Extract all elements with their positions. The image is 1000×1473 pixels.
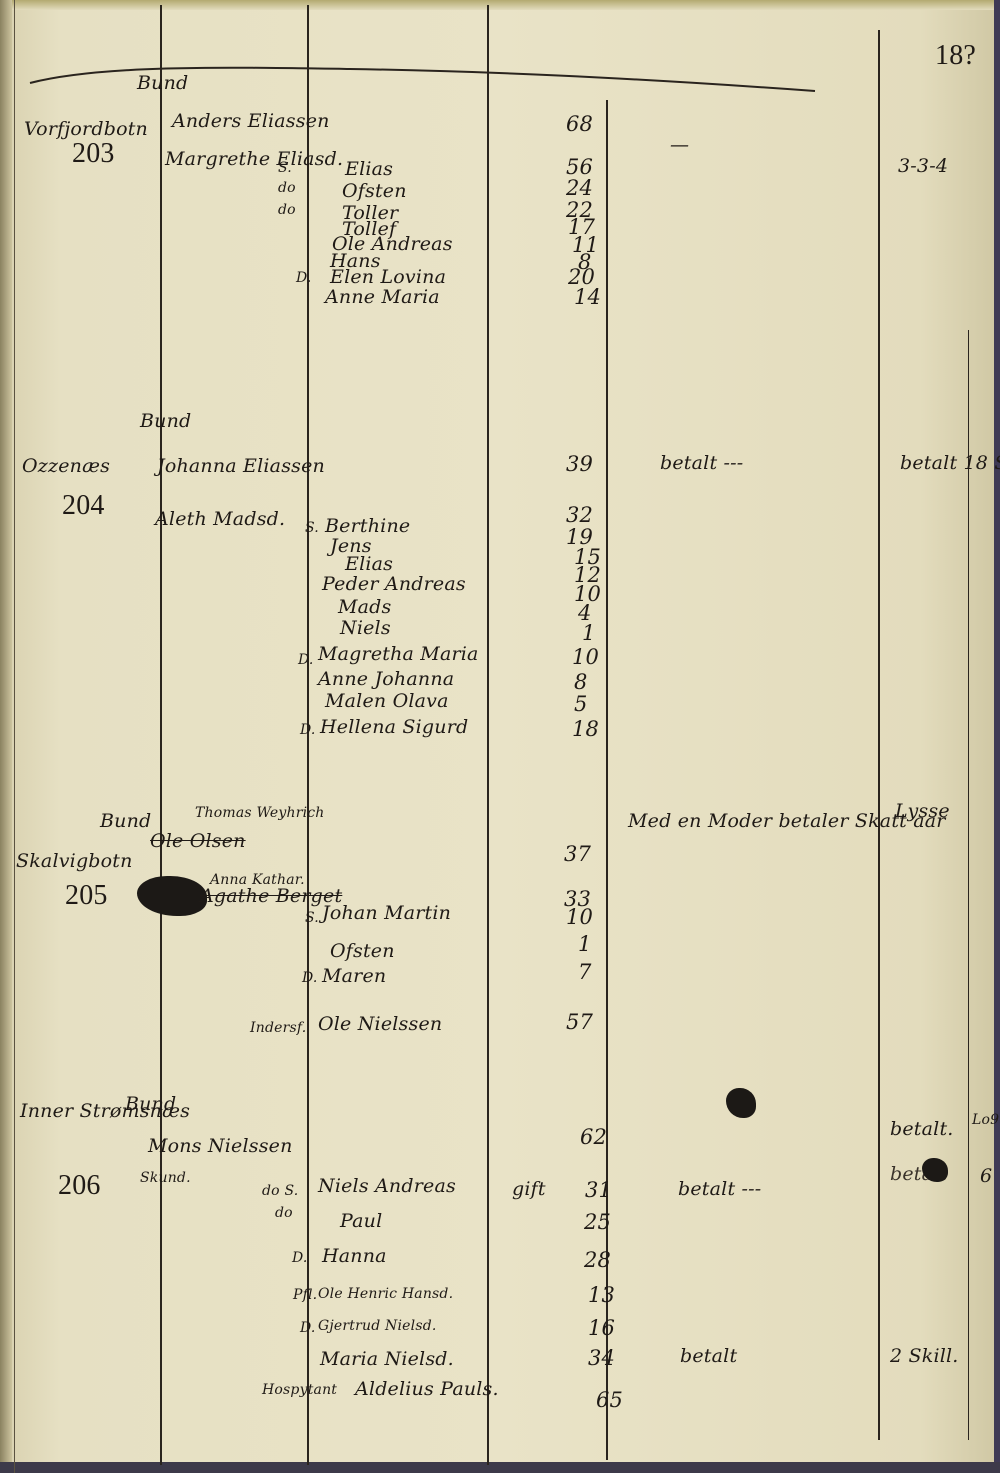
child-marker: do [275,1205,293,1221]
child-name: Ole Henric Hansd. [318,1286,453,1302]
notes: betalt --- [678,1178,761,1200]
age: 10 [572,645,599,669]
head-name: Thomas Weyhrich [195,805,325,821]
child-name: Anne Maria [325,286,440,308]
age: 32 [566,503,593,527]
age: 14 [574,285,601,309]
age: 5 [574,692,588,716]
child-name: Johan Martin [322,902,451,924]
notes: betalt [680,1345,737,1367]
child-name: Peder Andreas [322,573,466,595]
child-name: Elias [345,158,393,180]
age: 57 [566,1010,593,1034]
age: 16 [588,1316,615,1340]
child-name: Hellena Sigurd [320,716,468,738]
age: 39 [566,452,593,476]
child-name: Malen Olava [325,690,449,712]
child-name: Maren [322,965,386,987]
age: 13 [588,1283,615,1307]
lodger-marker: Hospytant [262,1382,337,1398]
notes: betalt --- [660,452,743,474]
age: 1 [582,621,596,645]
child-name: Niels [340,617,391,639]
child-marker: D. [296,270,312,286]
household-number: 205 [65,880,108,912]
head-name: Mons Nielssen [148,1135,293,1157]
age: 28 [584,1248,611,1272]
child-marker: do S. [262,1183,298,1199]
child-marker: Pfl. [293,1287,317,1303]
child-name: Berthine [325,515,410,537]
child-name: Elias [345,553,393,575]
age: 7 [578,960,592,984]
child-marker: S. [305,910,319,926]
lodger-name: Ole Nielssen [318,1013,442,1035]
ledger-page: 18? Bund Vorfjordbotn 203 Anders Eliasse… [0,0,1000,1473]
wife-name-struck: Agathe Berget [200,885,342,907]
child-marker: D. [302,970,318,986]
head-name-struck: Ole Olsen [150,830,246,852]
fees: betalt 18 Sk. [900,452,1000,474]
fees: 3-3-4 [898,155,948,177]
child-name: Elen Lovina [330,266,446,288]
age: 65 [596,1388,623,1412]
child-remark: gift [512,1178,546,1200]
lodger-marker: Indersf. [250,1020,306,1036]
fees: Lysse [895,800,950,822]
margin-note: Lo9 [972,1112,999,1128]
place-name: Ozzenæs [22,455,110,477]
age: 25 [584,1210,611,1234]
child-marker: do [278,180,296,196]
page-top-edge [0,0,1000,10]
column-rule-3 [487,5,489,1465]
wife-name: Margrethe Eliasd. [165,148,343,170]
fees: 2 Skill. [890,1345,959,1367]
place-name: Vorfjordbotn [24,118,148,140]
age: 68 [566,112,593,136]
notes: — [670,134,689,156]
role-label: Bund [140,410,191,432]
place-name: Skalvigbotn [16,850,133,872]
head-sub: Skund. [140,1170,191,1186]
age: 31 [585,1178,612,1202]
age: 18 [572,717,599,741]
child-name: Anne Johanna [318,668,454,690]
child-name: Ofsten [330,940,395,962]
child-marker: do [278,202,296,218]
age: 62 [580,1125,607,1149]
age: 10 [566,905,593,929]
child-marker: S. [305,520,319,536]
child-name: Gjertrud Nielsd. [318,1318,437,1334]
column-rule-5 [878,30,880,1440]
role-label: Bund [137,72,188,94]
lodger-name: Aldelius Pauls. [355,1378,499,1400]
child-marker: D. [292,1250,308,1266]
child-name: Hanna [322,1245,387,1267]
page-number: 18? [935,40,976,72]
ink-blot [137,876,207,916]
head-name: Johanna Eliassen [157,455,325,477]
age: 24 [566,176,593,200]
child-marker: D. [300,1320,316,1336]
child-marker: S. [278,160,292,176]
child-marker: D. [298,652,314,668]
child-name: Magretha Maria [318,643,479,665]
fees: betalt. [890,1118,954,1140]
wife-name: Aleth Madsd. [155,508,285,530]
margin-rule [14,0,15,1473]
age: 34 [588,1346,615,1370]
column-rule-1 [160,5,162,1465]
age: 8 [574,670,588,694]
household-number: 206 [58,1170,101,1202]
ink-blot [922,1158,948,1182]
child-name: Ofsten [342,180,407,202]
margin-note: 6 [980,1165,992,1187]
child-name: Paul [340,1210,382,1232]
child-marker: D. [300,722,316,738]
role-label: Bund [125,1093,176,1115]
household-number: 203 [72,138,115,170]
head-name: Anders Eliassen [172,110,330,132]
child-name: Maria Nielsd. [320,1348,454,1370]
page-bottom-edge [0,1462,1000,1473]
page-right-edge [994,0,1000,1473]
column-rule-6 [968,330,969,1440]
role-label: Bund [100,810,151,832]
ink-blot [726,1088,756,1118]
child-name: Mads [338,596,392,618]
child-name: Niels Andreas [318,1175,456,1197]
household-number: 204 [62,490,105,522]
age: 37 [564,842,591,866]
age: 1 [578,932,592,956]
page-binding-edge [0,0,12,1473]
